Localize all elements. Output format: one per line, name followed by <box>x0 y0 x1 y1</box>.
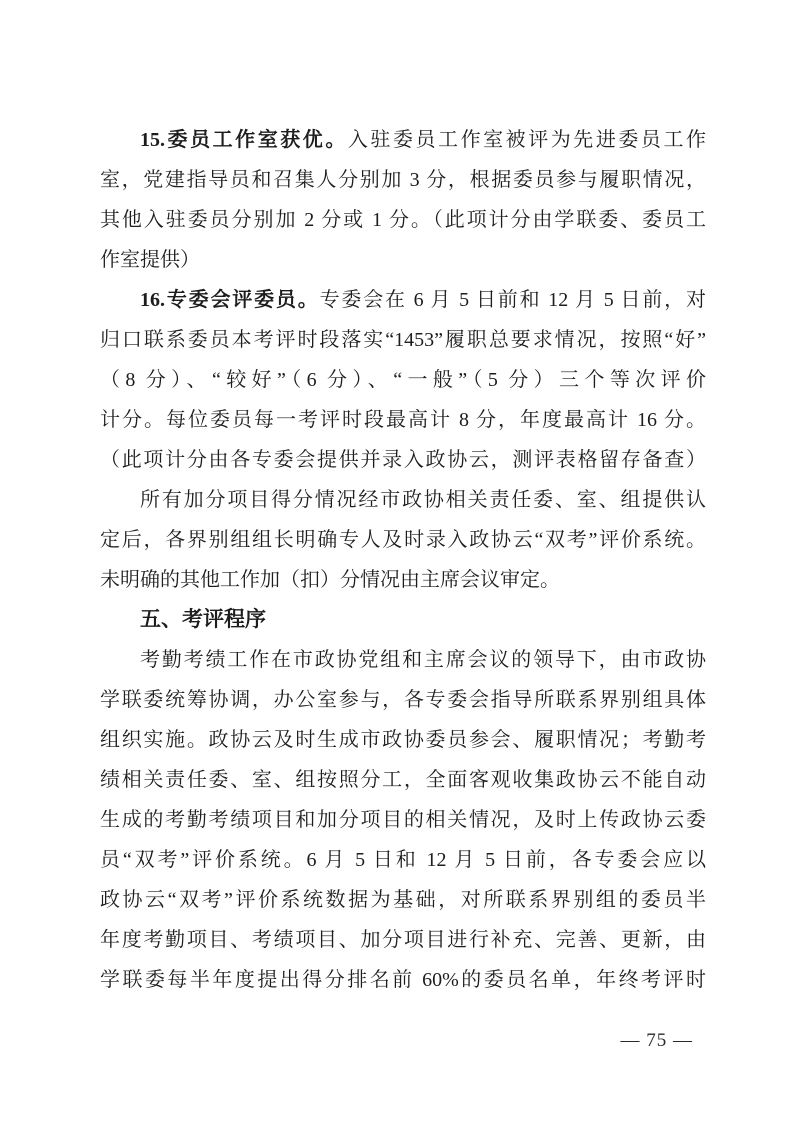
line-text: 政协云“双考”评价系统数据为基础，对所联系界别组的委员半 <box>100 889 706 911</box>
page-number: — 75 — <box>621 1026 694 1056</box>
text-line: 其他入驻委员分别加 2 分或 1 分。（此项计分由学联委、委员工 <box>100 200 706 240</box>
line-text: 学联委统筹协调，办公室参与，各专委会指导所联系界别组具体 <box>100 689 706 711</box>
item-16-lead: 16.专委会评委员。 <box>140 289 320 311</box>
section-heading: 五、考评程序 <box>100 600 706 640</box>
line-text: 学联委每半年度提出得分排名前 60%的委员名单，年终考评时 <box>100 969 706 991</box>
text-line: （8 分）、“较好”（6 分）、“一般”（5 分）三个等次评价 <box>100 360 706 400</box>
text-line: 绩相关责任委、室、组按照分工，全面客观收集政协云不能自动 <box>100 760 706 800</box>
text-line-item16-start: 16.专委会评委员。专委会在 6 月 5 日前和 12 月 5 日前，对 <box>100 280 706 320</box>
line-text: 年度考勤项目、考绩项目、加分项目进行补充、完善、更新，由 <box>100 929 706 951</box>
item-15-lead: 15.委员工作室获优。 <box>140 129 348 151</box>
text-line: 归口联系委员本考评时段落实“1453”履职总要求情况，按照“好” <box>100 320 706 360</box>
line-text: 所有加分项目得分情况经市政协相关责任委、室、组提供认 <box>140 489 706 511</box>
line-text: 计分。每位委员每一考评时段最高计 8 分，年度最高计 16 分。 <box>100 409 706 431</box>
text-line: 计分。每位委员每一考评时段最高计 8 分，年度最高计 16 分。 <box>100 400 706 440</box>
document-body: 15.委员工作室获优。入驻委员工作室被评为先进委员工作 室，党建指导员和召集人分… <box>100 120 706 1000</box>
line-text: 其他入驻委员分别加 2 分或 1 分。（此项计分由学联委、委员工 <box>100 209 706 231</box>
line-text: 组织实施。政协云及时生成市政协委员参会、履职情况；考勤考 <box>100 729 706 751</box>
line-text: 归口联系委员本考评时段落实“1453”履职总要求情况，按照“好” <box>100 329 706 351</box>
text-line: （此项计分由各专委会提供并录入政协云，测评表格留存备查） <box>100 440 706 480</box>
document-page: 15.委员工作室获优。入驻委员工作室被评为先进委员工作 室，党建指导员和召集人分… <box>0 0 793 1122</box>
line-text: 考勤考绩工作在市政协党组和主席会议的领导下，由市政协 <box>140 649 706 671</box>
text-line-item15-start: 15.委员工作室获优。入驻委员工作室被评为先进委员工作 <box>100 120 706 160</box>
text-line: 组织实施。政协云及时生成市政协委员参会、履职情况；考勤考 <box>100 720 706 760</box>
text-line-paragraph-start: 考勤考绩工作在市政协党组和主席会议的领导下，由市政协 <box>100 640 706 680</box>
text-line: 定后，各界别组组长明确专人及时录入政协云“双考”评价系统。 <box>100 520 706 560</box>
text-line: 学联委统筹协调，办公室参与，各专委会指导所联系界别组具体 <box>100 680 706 720</box>
line-text: 专委会在 6 月 5 日前和 12 月 5 日前，对 <box>320 289 706 311</box>
text-line: 学联委每半年度提出得分排名前 60%的委员名单，年终考评时 <box>100 960 706 1000</box>
text-line: 室，党建指导员和召集人分别加 3 分，根据委员参与履职情况， <box>100 160 706 200</box>
text-line: 年度考勤项目、考绩项目、加分项目进行补充、完善、更新，由 <box>100 920 706 960</box>
text-line: 生成的考勤考绩项目和加分项目的相关情况，及时上传政协云委 <box>100 800 706 840</box>
heading-text: 五、考评程序 <box>140 608 266 631</box>
text-line-paragraph-start: 所有加分项目得分情况经市政协相关责任委、室、组提供认 <box>100 480 706 520</box>
line-text: 未明确的其他工作加（扣）分情况由主席会议审定。 <box>100 569 560 591</box>
line-text: 定后，各界别组组长明确专人及时录入政协云“双考”评价系统。 <box>100 529 706 551</box>
line-text: 生成的考勤考绩项目和加分项目的相关情况，及时上传政协云委 <box>100 809 706 831</box>
line-text: 室，党建指导员和召集人分别加 3 分，根据委员参与履职情况， <box>100 169 706 191</box>
text-line: 政协云“双考”评价系统数据为基础，对所联系界别组的委员半 <box>100 880 706 920</box>
line-text: 入驻委员工作室被评为先进委员工作 <box>348 129 706 151</box>
text-line-paragraph-end: 作室提供） <box>100 240 706 280</box>
text-line-paragraph-end: 未明确的其他工作加（扣）分情况由主席会议审定。 <box>100 560 706 600</box>
line-text: 作室提供） <box>100 249 200 271</box>
line-text: （此项计分由各专委会提供并录入政协云，测评表格留存备查） <box>100 449 706 471</box>
line-text: 绩相关责任委、室、组按照分工，全面客观收集政协云不能自动 <box>100 769 706 791</box>
text-line: 员“双考”评价系统。6 月 5 日和 12 月 5 日前，各专委会应以 <box>100 840 706 880</box>
line-text: 员“双考”评价系统。6 月 5 日和 12 月 5 日前，各专委会应以 <box>100 849 706 871</box>
line-text: （8 分）、“较好”（6 分）、“一般”（5 分）三个等次评价 <box>100 369 706 391</box>
